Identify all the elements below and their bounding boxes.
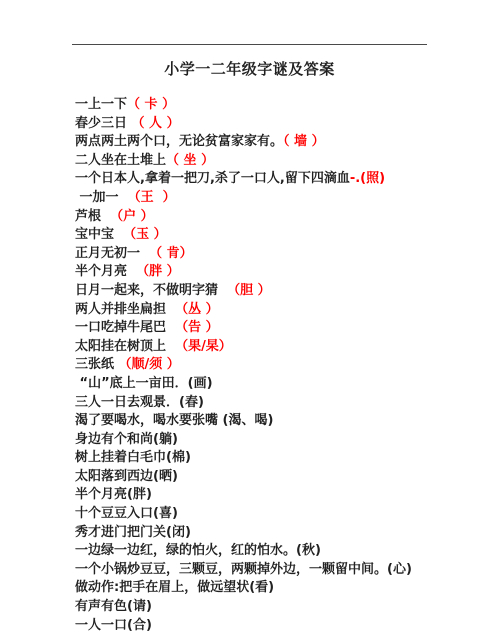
riddle-text: 三人一日去观景． (75, 395, 179, 410)
riddle-answer: （王 ） (128, 190, 176, 205)
riddle-line: 树上挂着白毛巾(棉) (75, 449, 480, 468)
document-page: 小学一二年级字谜及答案 一上一下（ 卡 ）春少三日 （ 人 ）两点两土两个口，无… (0, 0, 500, 636)
riddle-answer: （胖 ） (136, 264, 180, 279)
riddle-answer: （ 卡 ） (127, 97, 175, 112)
riddle-line: 一加一 （王 ） (75, 189, 480, 208)
riddle-line: 两点两土两个口，无论贫富家家有。（ 墙 ） (75, 133, 480, 152)
riddle-text: 日月一起来，不做明字猜 (75, 283, 227, 298)
riddle-text: “山”底上一亩田． (75, 376, 188, 391)
riddle-text: 渴了要喝水，喝水要张嘴 (75, 413, 223, 428)
riddle-line: 三人一日去观景．(春) (75, 394, 480, 413)
riddle-text: 春少三日 (75, 116, 132, 131)
riddle-line: 半个月亮 （胖 ） (75, 263, 480, 282)
riddle-line: 一边绿一边红，绿的怕火，红的怕水。(秋) (75, 542, 480, 561)
riddle-text: 太阳挂在树顶上 (75, 339, 175, 354)
riddle-answer: (躺) (153, 432, 178, 447)
riddle-answer: (闭) (166, 525, 191, 540)
riddle-answer: (心) (387, 562, 412, 577)
riddle-text: 一人一口 (75, 618, 127, 633)
riddle-answer: (看) (249, 580, 274, 595)
riddle-answer: （丛 ） (175, 302, 219, 317)
riddle-answer: （ 肯） (149, 246, 193, 261)
riddle-line: 渴了要喝水，喝水要张嘴 (渴、喝) (75, 412, 480, 431)
riddle-text: 两点两土两个口，无论贫富家家有。 (75, 134, 283, 149)
riddle-text: 二人坐在土堆上 (75, 153, 166, 168)
riddle-text: 身边有个和尚 (75, 432, 153, 447)
riddle-line: 日月一起来，不做明字猜 （胆 ） (75, 282, 480, 301)
riddle-text: 两人并排坐扁担 (75, 302, 175, 317)
riddle-line: 两人并排坐扁担 （丛 ） (75, 301, 480, 320)
riddle-text: 十个豆豆入口 (75, 506, 153, 521)
riddle-answer: （ 坐 ） (166, 153, 214, 168)
riddle-line: 太阳挂在树顶上 （果/杲） (75, 338, 480, 357)
riddle-line: 有声有色(请) (75, 598, 480, 617)
riddle-line: 宝中宝 （玉 ） (75, 226, 480, 245)
riddle-answer: （顺/须 ） (119, 357, 180, 372)
riddle-text: 有声有色 (75, 599, 127, 614)
riddle-text: 一边绿一边红，绿的怕火，红的怕水。 (75, 543, 296, 558)
riddle-answer: （户 ） (110, 209, 154, 224)
riddle-answer: （果/杲） (175, 339, 232, 354)
riddle-answer: (画) (188, 376, 213, 391)
riddle-line: “山”底上一亩田．(画) (75, 375, 480, 394)
riddle-line: 一口吃掉牛尾巴 （告 ） (75, 319, 480, 338)
riddle-text: 一个小锅炒豆豆，三颗豆，两颗掉外边，一颗留中间。 (75, 562, 387, 577)
riddle-line: 三张纸 （顺/须 ） (75, 356, 480, 375)
riddle-text: 太阳落到西边 (75, 469, 153, 484)
riddle-line: 春少三日 （ 人 ） (75, 115, 480, 134)
riddle-line: 秀才进门把门关(闭) (75, 524, 480, 543)
riddle-text: 半个月亮 (75, 264, 136, 279)
riddle-text: 三张纸 (75, 357, 119, 372)
riddle-answer: -.(照) (350, 171, 385, 186)
riddle-answer: (胖) (127, 487, 152, 502)
riddle-text: 正月无初一 (75, 246, 149, 261)
riddle-line: 太阳落到西边(晒) (75, 468, 480, 487)
riddle-answer: （玉 ） (123, 227, 167, 242)
document-title: 小学一二年级字谜及答案 (72, 58, 427, 79)
riddle-answer: (秋) (296, 543, 321, 558)
riddle-line: 芦根 （户 ） (75, 208, 480, 227)
riddle-text: 宝中宝 (75, 227, 123, 242)
riddle-line: 一个小锅炒豆豆，三颗豆，两颗掉外边，一颗留中间。(心) (75, 561, 480, 580)
riddle-answer: (棉) (166, 450, 191, 465)
riddle-answer: (请) (127, 599, 152, 614)
riddle-answer: (渴、喝) (223, 413, 274, 428)
riddle-text: 一上一下 (75, 97, 127, 112)
riddle-line: 做动作:把手在眉上，做远望状(看) (75, 579, 480, 598)
riddle-line: 正月无初一 （ 肯） (75, 245, 480, 264)
riddle-text: 半个月亮 (75, 487, 127, 502)
riddle-text: 芦根 (75, 209, 110, 224)
riddle-answer: (晒) (153, 469, 178, 484)
riddle-line: 十个豆豆入口(喜) (75, 505, 480, 524)
riddle-answer: （ 墙 ） (283, 134, 325, 149)
riddle-answer: （胆 ） (227, 283, 271, 298)
riddle-answer: (合) (127, 618, 152, 633)
riddle-text: 一加一 (75, 190, 128, 205)
riddle-text: 一个日本人,拿着一把刀,杀了一口人,留下四滴血 (75, 171, 350, 186)
riddle-text: 做动作:把手在眉上，做远望状 (75, 580, 249, 595)
riddle-answer: (喜) (153, 506, 178, 521)
riddle-line: 一个日本人,拿着一把刀,杀了一口人,留下四滴血-.(照) (75, 170, 480, 189)
riddle-line: 半个月亮(胖) (75, 486, 480, 505)
header-rule (72, 44, 427, 45)
riddle-line: 一人一口(合) (75, 617, 480, 636)
riddle-line: 二人坐在土堆上（ 坐 ） (75, 152, 480, 171)
riddle-list: 一上一下（ 卡 ）春少三日 （ 人 ）两点两土两个口，无论贫富家家有。（ 墙 ）… (75, 96, 480, 635)
riddle-answer: （ 人 ） (132, 116, 180, 131)
riddle-answer: (春) (179, 395, 204, 410)
riddle-answer: （告 ） (175, 320, 219, 335)
riddle-text: 秀才进门把门关 (75, 525, 166, 540)
riddle-text: 一口吃掉牛尾巴 (75, 320, 175, 335)
riddle-line: 身边有个和尚(躺) (75, 431, 480, 450)
riddle-text: 树上挂着白毛巾 (75, 450, 166, 465)
riddle-line: 一上一下（ 卡 ） (75, 96, 480, 115)
